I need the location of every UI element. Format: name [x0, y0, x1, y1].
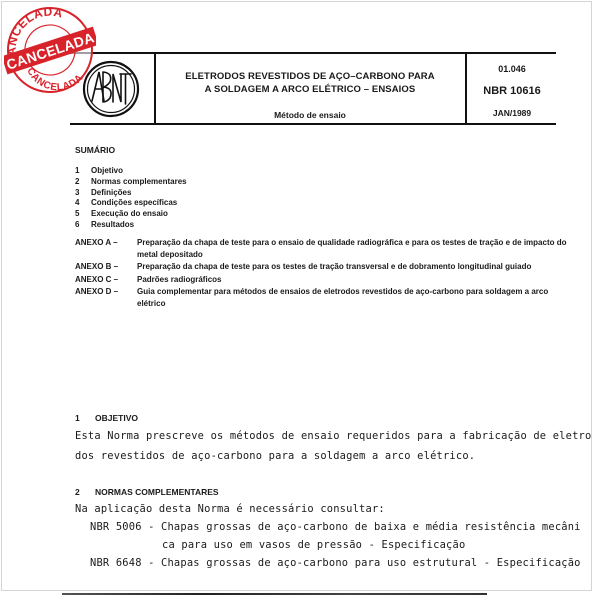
title-line-2: A SOLDAGEM A ARCO ELÉTRICO – ENSAIOS — [160, 83, 460, 96]
section-1-line-2: dos revestidos de aço-carbono para a sol… — [75, 450, 475, 462]
section-number: 1 — [75, 413, 95, 423]
toc-number: 6 — [75, 220, 91, 231]
annex-text: Padrões radiográficos — [137, 274, 575, 286]
toc-number: 1 — [75, 166, 91, 177]
toc-item: 4Condições específicas — [75, 198, 187, 209]
annex-text: Preparação da chapa de teste para os tes… — [137, 261, 575, 273]
section-2-intro: Na aplicação desta Norma é necessário co… — [75, 503, 385, 515]
toc-number: 3 — [75, 188, 91, 199]
reference-text: - Chapas grossas de aço-carbono de baixa… — [142, 521, 581, 533]
reference-continuation: ca para uso em vasos de pressão - Especi… — [162, 539, 465, 551]
section-1-heading: 1OBJETIVO — [75, 413, 138, 423]
toc-label: Normas complementares — [91, 177, 187, 186]
annex-text: Preparação da chapa de teste para o ensa… — [137, 237, 575, 260]
toc-label: Definições — [91, 188, 131, 197]
annex-item: ANEXO B –Preparação da chapa de teste pa… — [75, 261, 575, 273]
toc-item: 2Normas complementares — [75, 177, 187, 188]
section-number: 2 — [75, 487, 95, 497]
reference-text: - Chapas grossas de aço-carbono para uso… — [142, 557, 581, 569]
toc-item: 1Objetivo — [75, 166, 187, 177]
section-2-heading: 2NORMAS COMPLEMENTARES — [75, 487, 219, 497]
annex-list: ANEXO A –Preparação da chapa de teste pa… — [75, 237, 575, 310]
annex-item: ANEXO C –Padrões radiográficos — [75, 274, 575, 286]
toc-label: Condições específicas — [91, 198, 177, 207]
summary-heading: SUMÁRIO — [75, 145, 115, 155]
toc-number: 5 — [75, 209, 91, 220]
section-title: NORMAS COMPLEMENTARES — [95, 487, 219, 497]
header-border-top — [70, 52, 556, 54]
reference-code: NBR 5006 — [90, 521, 142, 533]
header-border-bottom — [70, 123, 556, 125]
reference-item: NBR 6648 - Chapas grossas de aço-carbono… — [90, 557, 581, 569]
annex-item: ANEXO A –Preparação da chapa de teste pa… — [75, 237, 575, 260]
toc-label: Objetivo — [91, 166, 123, 175]
annex-label: ANEXO C – — [75, 274, 137, 286]
classification-code: 01.046 — [467, 64, 557, 74]
annex-text: Guia complementar para métodos de ensaio… — [137, 286, 575, 309]
annex-item: ANEXO D –Guia complementar para métodos … — [75, 286, 575, 309]
toc-item: 5Execução do ensaio — [75, 209, 187, 220]
toc-number: 2 — [75, 177, 91, 188]
toc-label: Execução do ensaio — [91, 209, 168, 218]
document-type: Método de ensaio — [160, 110, 460, 120]
annex-label: ANEXO D – — [75, 286, 137, 309]
cancelled-stamp-icon: CANCELADA CANCELADA CANCELADA — [4, 4, 96, 96]
header-divider-left — [154, 52, 156, 125]
reference-item: NBR 5006 - Chapas grossas de aço-carbono… — [90, 521, 581, 533]
standard-number: NBR 10616 — [467, 85, 557, 97]
annex-label: ANEXO A – — [75, 237, 137, 260]
toc-label: Resultados — [91, 220, 134, 229]
annex-label: ANEXO B – — [75, 261, 137, 273]
reference-code: NBR 6648 — [90, 557, 142, 569]
section-title: OBJETIVO — [95, 413, 138, 423]
publication-date: JAN/1989 — [467, 108, 557, 118]
toc-item: 6Resultados — [75, 220, 187, 231]
toc-item: 3Definições — [75, 188, 187, 199]
table-of-contents: 1Objetivo 2Normas complementares 3Defini… — [75, 166, 187, 231]
section-1-line-1: Esta Norma prescreve os métodos de ensai… — [75, 430, 591, 442]
document-title: ELETRODOS REVESTIDOS DE AÇO–CARBONO PARA… — [160, 70, 460, 96]
title-line-1: ELETRODOS REVESTIDOS DE AÇO–CARBONO PARA — [160, 70, 460, 83]
toc-number: 4 — [75, 198, 91, 209]
